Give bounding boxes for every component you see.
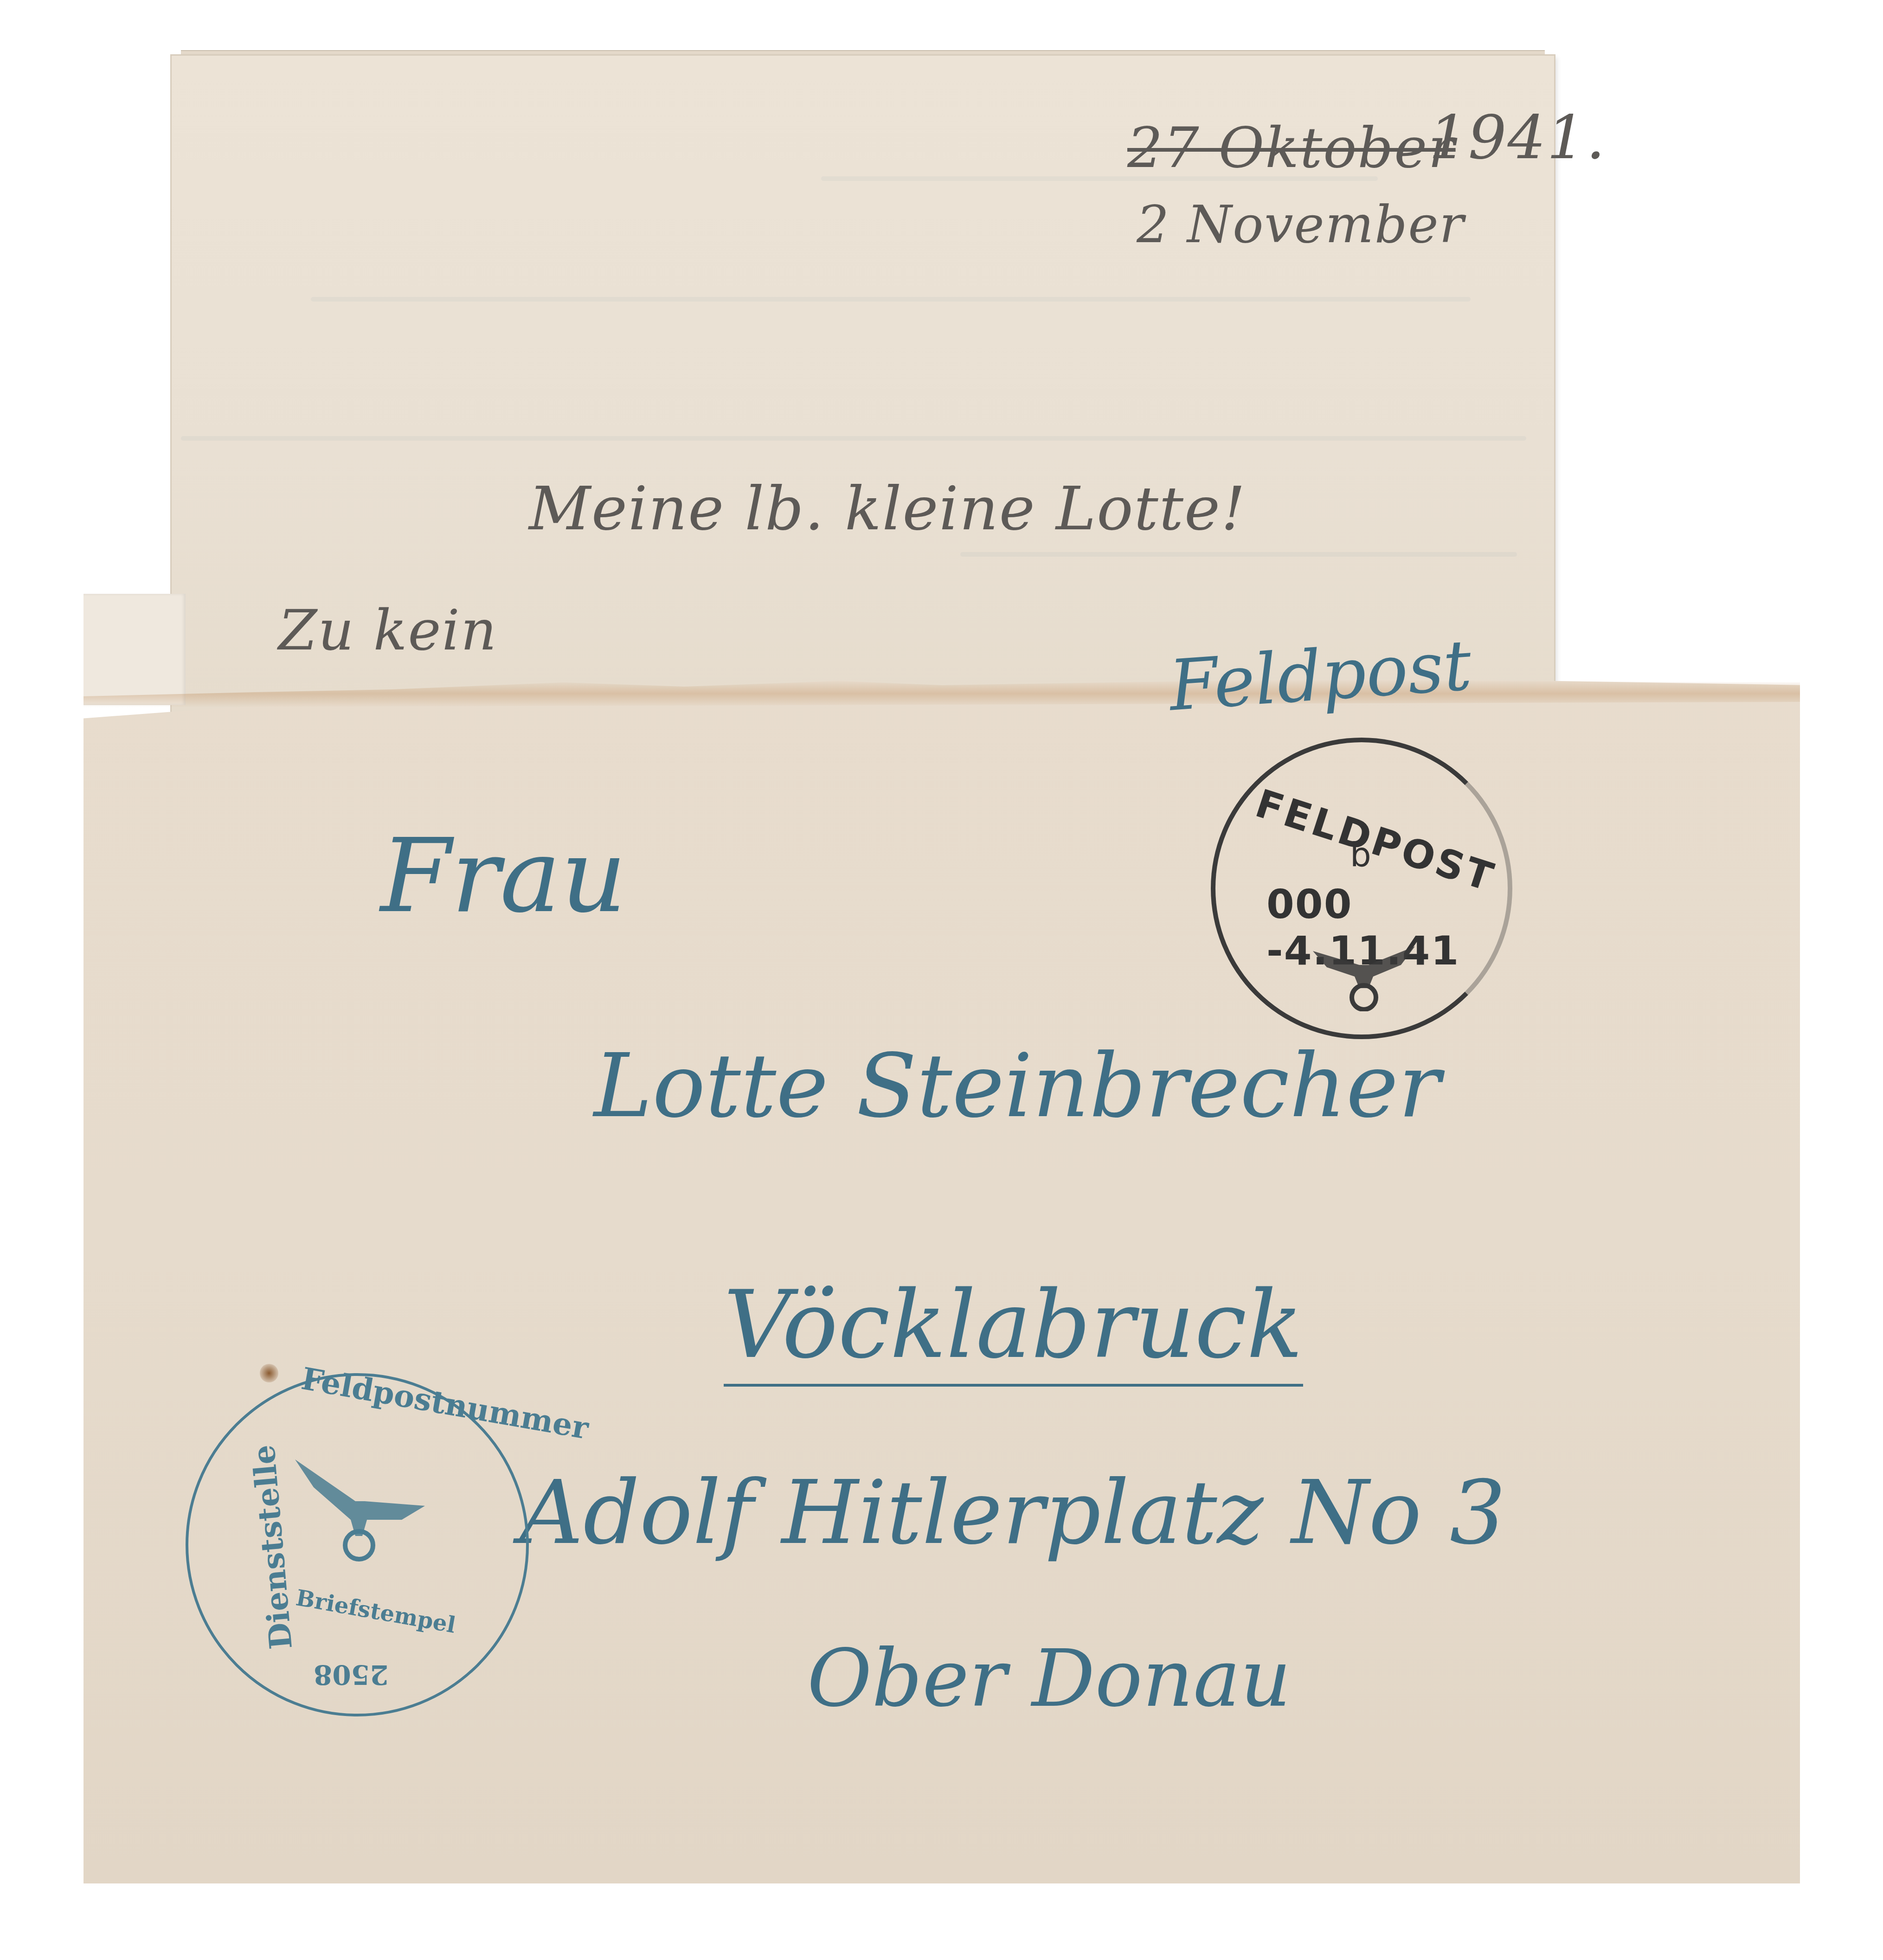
letter-date-corrected: 2 November bbox=[1137, 195, 1465, 254]
ink-stain bbox=[260, 1364, 278, 1382]
letter-year: 1941. bbox=[1429, 102, 1606, 173]
recipient-title: Frau bbox=[380, 816, 627, 935]
eagle-emblem-icon bbox=[1308, 937, 1420, 1011]
letter-date-struck: 27 Oktober bbox=[1127, 116, 1456, 180]
unit-stamp: Feldpostnummer Dienststelle Briefstempel… bbox=[186, 1373, 529, 1716]
eagle-emblem-icon bbox=[286, 1450, 434, 1562]
postmark-office-letter: b bbox=[1350, 835, 1371, 874]
recipient-street: Adolf Hitlerplatz No 3 bbox=[520, 1461, 1506, 1564]
envelope-back-flap bbox=[84, 594, 186, 705]
unit-stamp-number: 2508 bbox=[314, 1659, 388, 1690]
letter-salutation: Meine lb. kleine Lotte! bbox=[529, 473, 1246, 544]
recipient-region: Ober Donau bbox=[807, 1633, 1291, 1725]
bleed-through-line bbox=[311, 297, 1471, 302]
bleed-through-line bbox=[960, 552, 1517, 557]
bleed-through-line bbox=[181, 436, 1526, 441]
recipient-city: Vöcklabruck bbox=[724, 1271, 1303, 1387]
recipient-name: Lotte Steinbrecher bbox=[594, 1035, 1440, 1137]
feldpost-postmark: FELDPOST b 000 -4.11.41 bbox=[1211, 738, 1512, 1039]
unit-stamp-center: Briefstempel bbox=[294, 1585, 458, 1639]
letter-first-line: Zu kein bbox=[278, 598, 497, 663]
